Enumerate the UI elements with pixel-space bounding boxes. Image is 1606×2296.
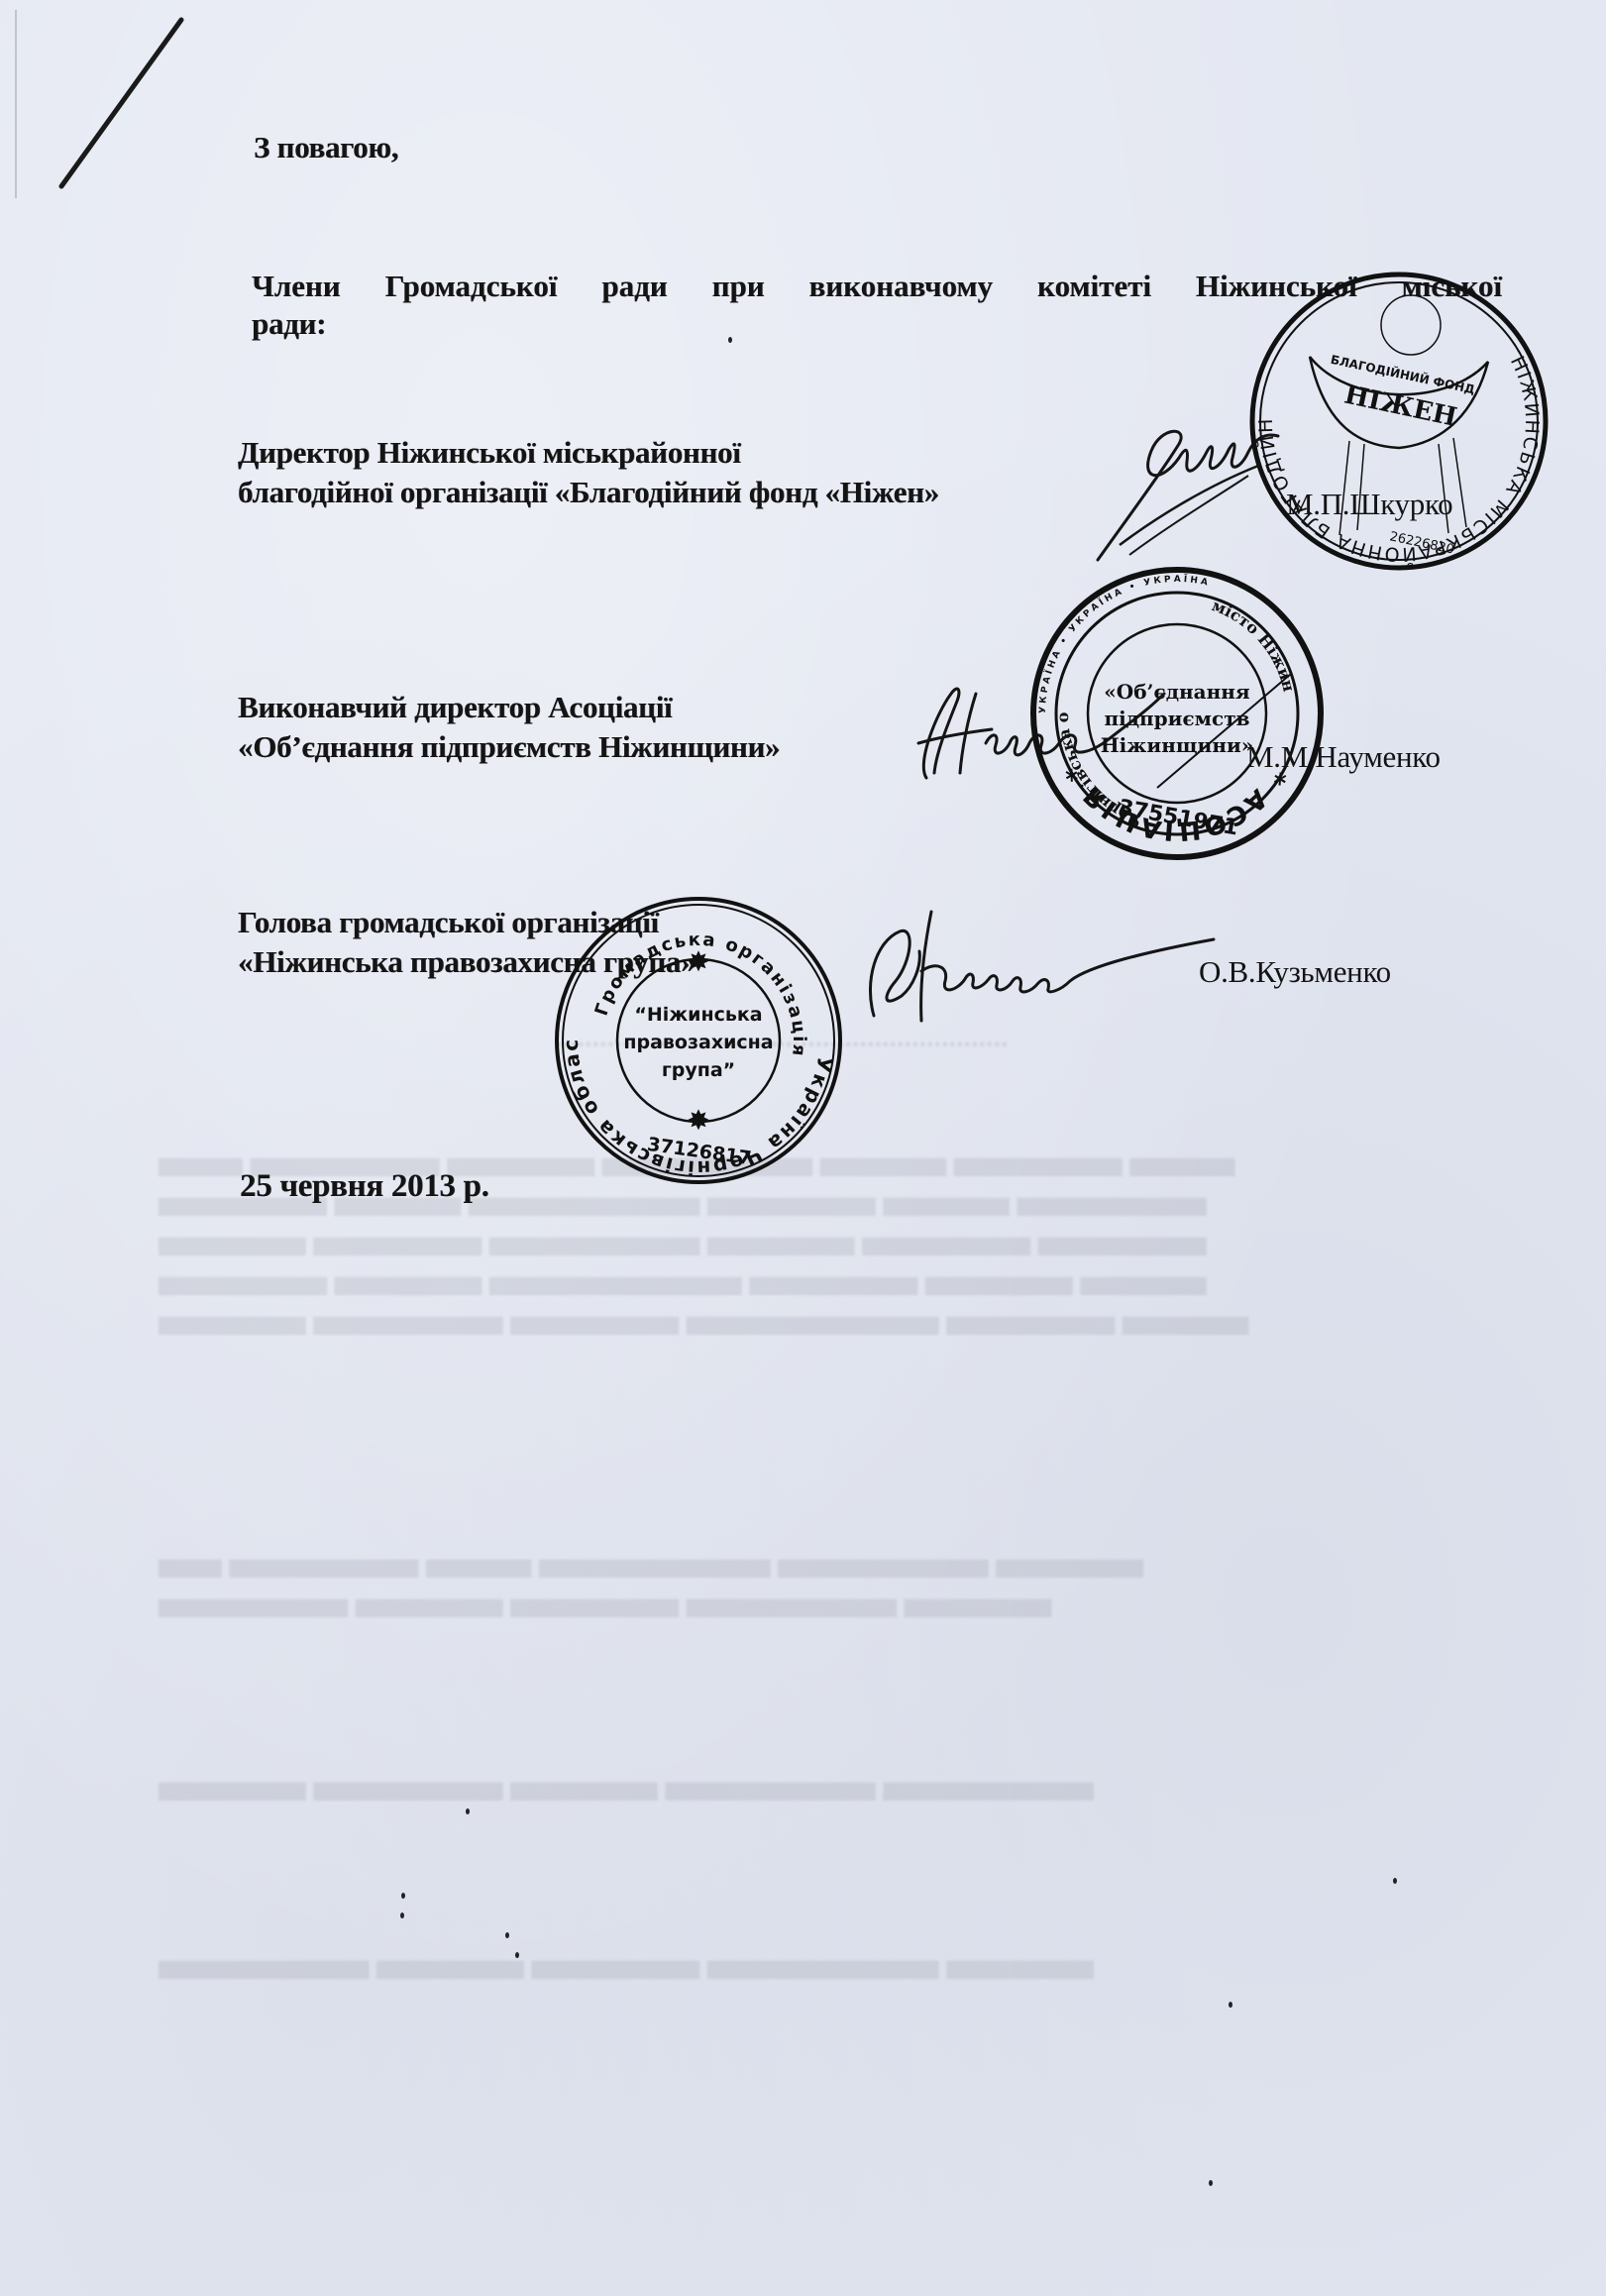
signatory-3-name: О.В.Кузьменко bbox=[1199, 953, 1391, 991]
signatory-1-title-line-1: Директор Ніжинської міськрайонної bbox=[238, 434, 741, 472]
stamp-human-rights-group: Україна Чернігівська область місто Ніжин… bbox=[550, 892, 847, 1189]
svg-text:«Об’єднання: «Об’єднання bbox=[1104, 680, 1250, 704]
signatory-1-name: М.П.Шкурко bbox=[1286, 486, 1452, 523]
svg-text:✸: ✸ bbox=[687, 1106, 709, 1137]
closing-salutation: З повагою, bbox=[254, 129, 398, 166]
signatory-2-title-line-2: «Об’єднання підприємств Ніжинщини» bbox=[238, 728, 780, 766]
members-intro-line-2: ради: bbox=[252, 305, 326, 343]
signatory-2-name: М.М.Науменко bbox=[1246, 738, 1441, 776]
svg-text:“Ніжинська: “Ніжинська bbox=[634, 1004, 762, 1026]
svg-text:✸: ✸ bbox=[687, 947, 709, 978]
signature-kuzmenko bbox=[862, 892, 1219, 1031]
signatory-1-title-line-2: благодійної організації «Благодійний фон… bbox=[238, 474, 939, 511]
svg-text:група”: група” bbox=[662, 1059, 735, 1081]
svg-text:Ніжинщини»: Ніжинщини» bbox=[1101, 733, 1254, 757]
stamp-association-enterprises: УКРАЇНА • УКРАЇНА • УКРАЇНА * АСОЦІАЦІЯ … bbox=[1028, 565, 1326, 862]
stamp-charity-fund-nizhen: НІЖИНСЬКА МІСЬКРАЙОННА БЛАГОДІЙНА ОРГАНІ… bbox=[1240, 268, 1557, 575]
signatory-2-title-line-1: Виконавчий директор Асоціації bbox=[238, 689, 672, 726]
svg-text:правозахисна: правозахисна bbox=[623, 1032, 773, 1053]
pen-stroke-mark bbox=[0, 0, 297, 218]
letter-date: 25 червня 2013 р. bbox=[240, 1167, 489, 1205]
